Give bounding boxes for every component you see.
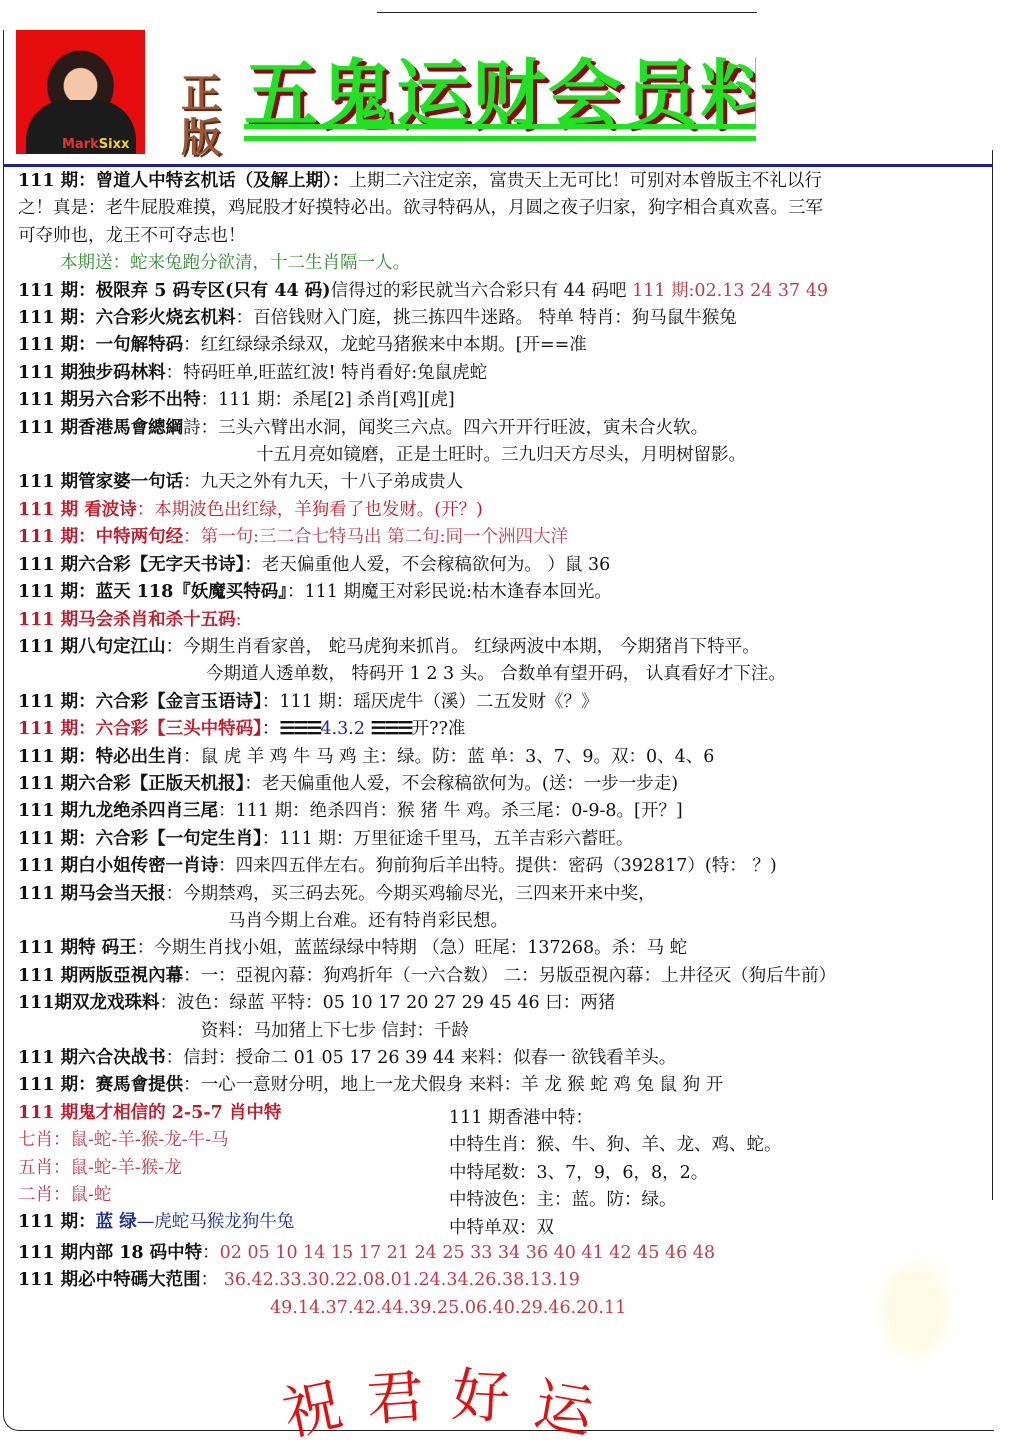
hk-tail: 中特尾数：3、7，9，6，8，2。 — [449, 1160, 949, 1188]
line-santou: 111 期：六合彩【三头中特码】：☰☰☰4.3.2 ☰☰☰开??准 — [18, 716, 993, 743]
line-bajuding-2: 今期道人透单数， 特码开 1 2 3 头。 合数单有望开码， 认真看好才下注。 — [18, 661, 993, 688]
line-zonggang-2: 十五月亮如镜磨，正是土旺时。三九归天方尽头，月明树留影。 — [18, 442, 993, 469]
hk-wave: 中特波色：主：蓝。防：绿。 — [449, 1187, 949, 1215]
line-zengdaoren: 111 期：曾道人中特玄机话（及解上期）：上期二六注定亲，富贵天上无可比！可别对… — [18, 168, 993, 195]
photo-watermark: MarkSixx — [62, 137, 129, 152]
zhengban-badge: 正版 — [172, 72, 230, 164]
ghost-five: 五肖：鼠-蛇-羊-猴-龙 — [18, 1155, 438, 1182]
blessing-footer: 祝君好运 — [280, 1350, 680, 1434]
hk-zodiac: 中特生肖：猴、牛、狗、羊、龙、鸡、蛇。 — [449, 1132, 949, 1160]
line-bonus: 本期送：蛇来兔跑分欲清，十二生肖隔一人。 — [18, 250, 993, 277]
line-dangtianbao-2: 马肖今期上台难。还有特肖彩民想。 — [18, 908, 993, 935]
hk-section: 111 期香港中特： 中特生肖：猴、牛、狗、羊、龙、鸡、蛇。 中特尾数：3、7，… — [449, 1105, 949, 1243]
line-jixian: 111 期：极限弃 5 码专区(只有 44 码)信得过的彩民就当六合彩只有 44… — [18, 278, 993, 305]
line-dubu: 111 期独步码林料：特码旺单,旺蓝红波! 特肖看好:兔鼠虎蛇 — [18, 360, 993, 387]
line-18ma: 111 期内部 18 码中特：02 05 10 14 15 17 21 24 2… — [18, 1240, 993, 1267]
line-guanjiapo: 111 期管家婆一句话：九天之外有九天，十八子弟成贵人 — [18, 469, 993, 496]
hk-title: 111 期香港中特： — [449, 1105, 949, 1133]
line-zengdaoren-3: 可夺帅也，龙王不可夺志也！ — [18, 223, 993, 250]
line-yashi: 111 期两版亞視內幕：一：亞視內幕：狗鸡折年（一六合数） 二：另版亞視內幕：上… — [18, 963, 993, 990]
line-zengdaoren-2: 之！真是：老牛屁股难摸，鸡屁股才好摸特必出。欲寻特码从，月圆之夜子归家，狗字相合… — [18, 195, 993, 222]
line-yijuding: 111 期：六合彩【一句定生肖】：111 期：万里征途千里马，五羊吉彩六蓄旺。 — [18, 826, 993, 853]
line-huoshao: 111 期：六合彩火烧玄机料：百倍钱财入门庭，挑三拣四牛迷路。 特单 特肖：狗马… — [18, 305, 993, 332]
line-jinyan: 111 期：六合彩【金言玉语诗】：111 期：瑶厌虎牛（溪）二五发财《？》 — [18, 689, 993, 716]
title-underline-1 — [244, 124, 756, 129]
ghost-seven: 七肖：鼠-蛇-羊-猴-龙-牛-马 — [18, 1127, 438, 1154]
line-kanbo: 111 期 看波诗：本期波色出红绿，羊狗看了也发财。(开？) — [18, 497, 993, 524]
line-zonggang: 111 期香港馬會總綱詩：三头六臂出水洞，闻奖三六点。四六开开行旺波，寅未合火软… — [18, 415, 993, 442]
line-shuanglong-2: 资料：马加猪上下七步 信封：千龄 — [18, 1018, 993, 1045]
line-dafanwei-2: 49.14.37.42.44.39.25.06.40.29.46.20.11 — [18, 1295, 993, 1322]
line-saimahui: 111 期：赛馬會提供：一心一意财分明，地上一龙犬假身 来料：羊 龙 猴 蛇 鸡… — [18, 1072, 993, 1099]
line-mawang: 111 期特 码王：今期生肖找小姐，蓝蓝绿绿中特期 （急）旺尾：137268。杀… — [18, 935, 993, 962]
line-mahui-shaxiao: 111 期马会杀肖和杀十五码: — [18, 607, 993, 634]
line-yaomo: 111 期：蓝天 118『妖魔买特码』：111 期魔王对彩民说:枯木逢春本回光。 — [18, 579, 993, 606]
line-shuanglong: 111期双龙戏珠料：波色：绿蓝 平特：05 10 17 20 27 29 45 … — [18, 990, 993, 1017]
ghost-title: 111 期鬼才相信的 2-5-7 肖中特 — [18, 1100, 438, 1127]
line-juezhanshu: 111 期六合决战书：信封：授命二 01 05 17 26 39 44 来料：似… — [18, 1045, 993, 1072]
title-underline-2 — [244, 136, 756, 141]
line-dafanwei: 111 期必中特碼大范围： 36.42.33.30.22.08.01.24.34… — [18, 1267, 993, 1294]
content: 111 期：曾道人中特玄机话（及解上期）：上期二六注定亲，富贵天上无可比！可别对… — [18, 168, 993, 1322]
ghost-wave: 111 期：蓝 绿—虎蛇马猴龙狗牛兔 — [18, 1209, 438, 1236]
hk-parity: 中特单双：双 — [449, 1215, 949, 1243]
line-yijujie: 111 期：一句解特码：红红绿绿杀绿双，龙蛇马猪猴来中本期。[开==准 — [18, 332, 993, 359]
header-photo: MarkSixx — [16, 30, 145, 154]
line-dangtianbao: 111 期马会当天报：今期禁鸡，买三码去死。今期买鸡输尽光，三四来开来中奖， — [18, 881, 993, 908]
header-divider — [3, 164, 993, 167]
line-tianjibao: 111 期六合彩【正版天机报】：老天偏重他人爱，不会稼稿欲何为。(送：一步一步走… — [18, 771, 993, 798]
line-buchute: 111 期另六合彩不出特：111 期：杀尾[2] 杀肖[鸡][虎] — [18, 387, 993, 414]
line-jiulong: 111 期九龙绝杀四肖三尾：111 期：绝杀四肖：猴 猪 牛 鸡。杀三尾：0-9… — [18, 798, 993, 825]
top-rule — [377, 12, 757, 13]
trigram-icon: ☰☰☰ — [371, 719, 412, 739]
line-bajuding: 111 期八句定江山：今期生肖看家兽， 蛇马虎狗来抓肖。 红绿两波中本期， 今期… — [18, 634, 993, 661]
line-liangjujing: 111 期：中特两句经：第一句:三二合七特马出 第二句:同一个洲四大洋 — [18, 524, 993, 551]
ghost-two: 二肖：鼠-蛇 — [18, 1182, 438, 1209]
line-tebichu: 111 期：特必出生肖：鼠 虎 羊 鸡 牛 马 鸡 主：绿。防：蓝 单：3、7、… — [18, 744, 993, 771]
line-baixiaojie: 111 期白小姐传密一肖诗：四来四五伴左右。狗前狗后羊出特。提供：密码（3928… — [18, 853, 993, 880]
trigram-icon: ☰☰☰ — [279, 719, 320, 739]
line-wuzitianshu: 111 期六合彩【无字天书诗】：老天偏重他人爱，不会稼稿欲何为。 ）鼠 36 — [18, 552, 993, 579]
decorative-glow — [870, 1250, 960, 1370]
two-column-section: 111 期鬼才相信的 2-5-7 肖中特 七肖：鼠-蛇-羊-猴-龙-牛-马 五肖… — [18, 1100, 993, 1240]
ghost-section: 111 期鬼才相信的 2-5-7 肖中特 七肖：鼠-蛇-羊-猴-龙-牛-马 五肖… — [18, 1100, 438, 1237]
